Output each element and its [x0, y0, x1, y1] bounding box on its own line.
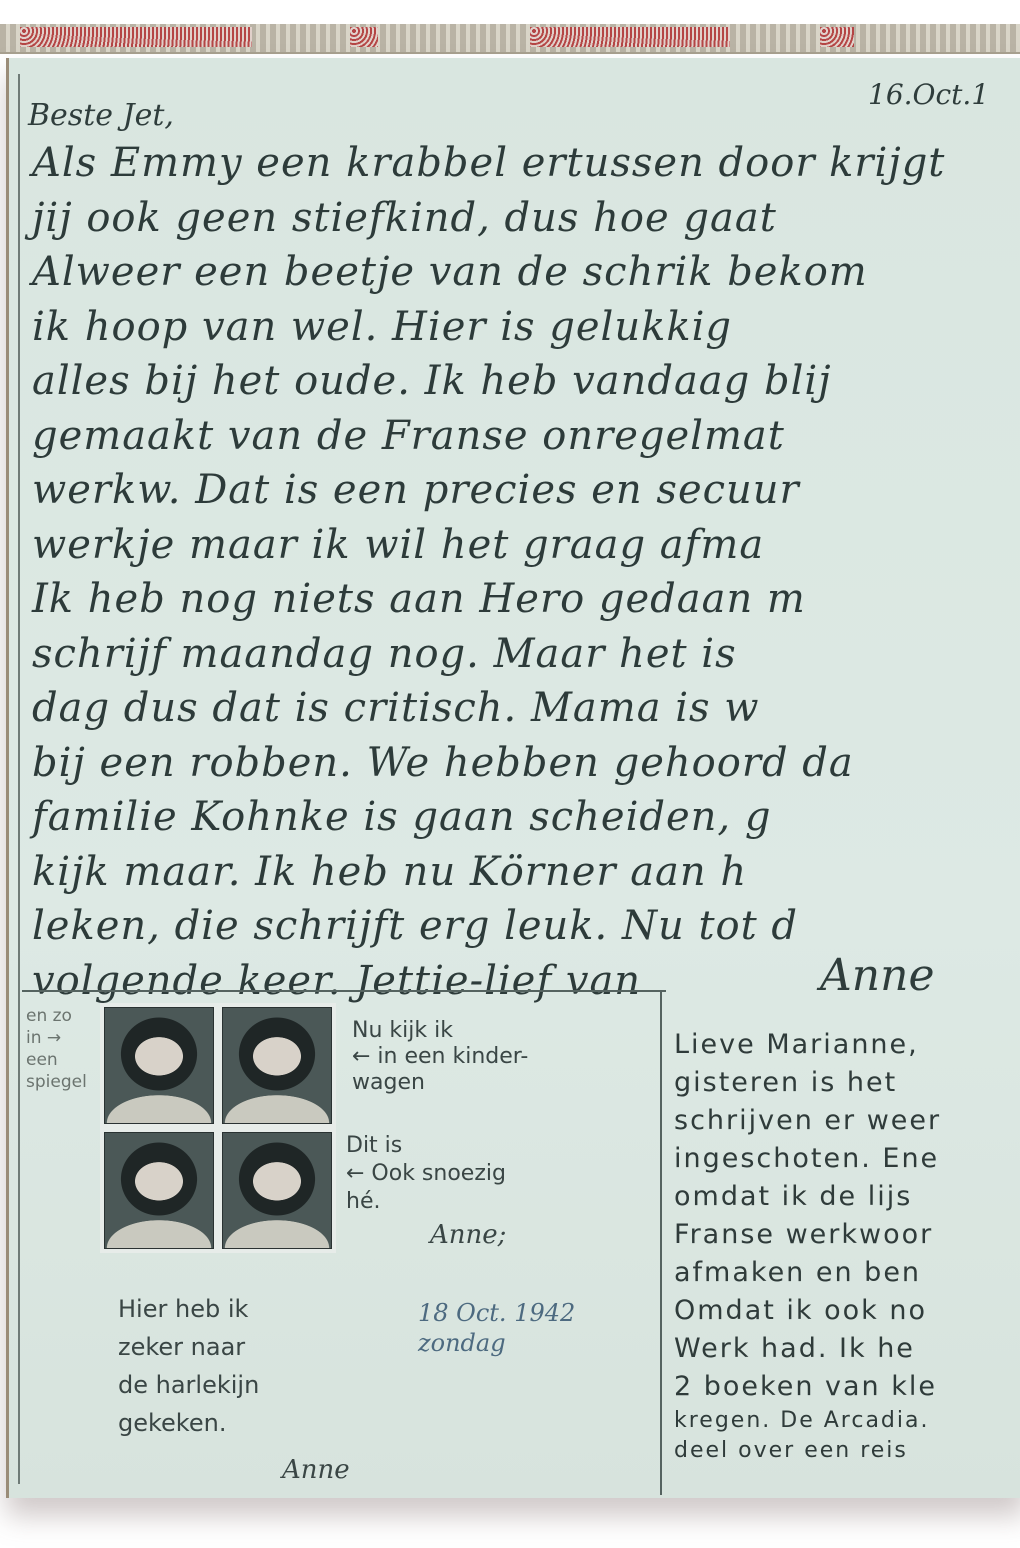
letter-line: Alweer een beetje van de schrik bekom [32, 245, 1020, 300]
section-divider-vertical [660, 990, 662, 1495]
letter-line: ik hoop van wel. Hier is gelukkig [32, 300, 1020, 355]
annotation-signature: Anne; [430, 1220, 506, 1250]
section-divider-horizontal [22, 990, 666, 992]
second-letter-line: deel over een reis [674, 1436, 1020, 1466]
letter-line: gemaakt van de Franse onregelmat [32, 409, 1020, 464]
letter-line: familie Kohnke is gaan scheiden, g [32, 790, 1020, 845]
photo-booth-strip [100, 1003, 336, 1253]
letter-line: Als Emmy een krabbel ertussen door krijg… [32, 136, 1020, 191]
portrait-photo [104, 1132, 214, 1249]
second-letter-line: omdat ik de lijs [674, 1178, 1020, 1216]
letter-line: werkje maar ik wil het graag afma [32, 518, 1020, 573]
second-letter-line: schrijven er weer [674, 1102, 1020, 1140]
letter-signature: Anne [820, 950, 935, 1001]
second-letter-salutation: Lieve Marianne, [674, 1026, 1020, 1064]
pram-annotation: Nu kijk ik ← in een kinder- wagen [352, 1018, 528, 1096]
letter-line: alles bij het oude. Ik heb vandaag blij [32, 354, 1020, 409]
entry-date: 16.Oct.1 [868, 78, 989, 111]
binding-red-band [350, 27, 378, 47]
second-letter-line: afmaken en ben [674, 1254, 1020, 1292]
second-letter-line: Franse werkwoor [674, 1216, 1020, 1254]
binding-red-band [20, 27, 252, 47]
letter-salutation: Beste Jet, [28, 98, 174, 133]
portrait-photo [222, 1132, 332, 1249]
letter-line: jij ook geen stiefkind, dus hoe gaat [32, 191, 1020, 246]
second-letter-line: gisteren is het [674, 1064, 1020, 1102]
portrait-photo [222, 1007, 332, 1124]
second-letter-line: ingeschoten. Ene [674, 1140, 1020, 1178]
second-letter-line: Omdat ik ook no [674, 1292, 1020, 1330]
blue-ink-date: 18 Oct. 1942 zondag [418, 1298, 575, 1358]
page-margin-edge [18, 74, 20, 1484]
letter-body: Als Emmy een krabbel ertussen door krijg… [32, 136, 1020, 1008]
second-letter-line: 2 boeken van kle [674, 1368, 1020, 1406]
letter-line: leken, die schrijft erg leuk. Nu tot d [32, 899, 1020, 954]
binding-red-band [820, 27, 854, 47]
letter-line: werkw. Dat is een precies en secuur [32, 463, 1020, 518]
letter-line: schrijf maandag nog. Maar het is [32, 627, 1020, 682]
second-letter-line: Werk had. Ik he [674, 1330, 1020, 1368]
harlequin-annotation: Hier heb ik zeker naar de harlekijn geke… [118, 1290, 259, 1442]
mirror-annotation: en zo in → een spiegel [26, 1005, 87, 1093]
letter-line: bij een robben. We hebben gehoord da [32, 736, 1020, 791]
bottom-signature: Anne [282, 1455, 350, 1485]
notebook-binding [0, 24, 1020, 54]
second-letter-line: kregen. De Arcadia. [674, 1406, 1020, 1436]
binding-red-band [530, 27, 730, 47]
cute-annotation: Dit is ← Ook snoezig hé. [346, 1132, 506, 1216]
letter-line: Ik heb nog niets aan Hero gedaan m [32, 572, 1020, 627]
second-letter: Lieve Marianne, gisteren is het schrijve… [674, 1026, 1020, 1466]
portrait-photo [104, 1007, 214, 1124]
letter-line: dag dus dat is critisch. Mama is w [32, 681, 1020, 736]
letter-line: kijk maar. Ik heb nu Körner aan h [32, 845, 1020, 900]
